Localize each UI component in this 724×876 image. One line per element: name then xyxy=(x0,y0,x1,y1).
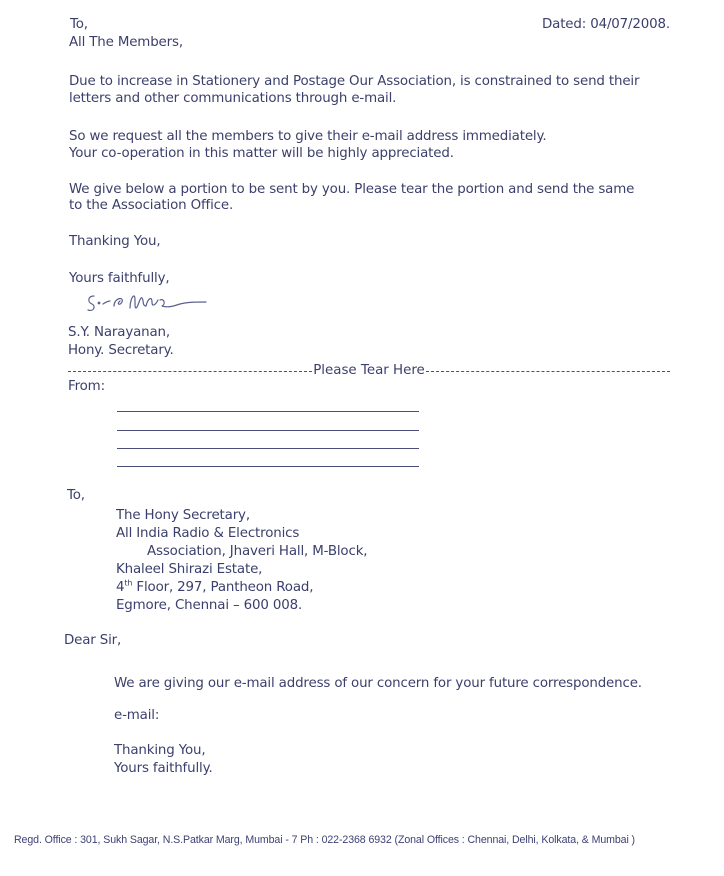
address-line-4: Khaleel Shirazi Estate, xyxy=(116,561,262,578)
tear-label: Please Tear Here xyxy=(312,362,426,379)
letter-date: Dated: 04/07/2008. xyxy=(542,16,670,33)
paragraph-1-line-2: letters and other communications through… xyxy=(69,90,396,107)
address-line-6: Egmore, Chennai – 600 008. xyxy=(116,597,302,614)
signatory-name: S.Y. Narayanan, xyxy=(68,324,170,341)
yours-faithfully: Yours faithfully, xyxy=(69,270,169,287)
paragraph-3-line-1: We give below a portion to be sent by yo… xyxy=(69,181,634,198)
greeting: Dear Sir, xyxy=(64,632,121,649)
signatory-title: Hony. Secretary. xyxy=(68,342,174,359)
address-line-3: Association, Jhaveri Hall, M-Block, xyxy=(147,543,367,560)
email-label: e-mail: xyxy=(114,707,159,724)
salutation-to: To, xyxy=(70,16,88,33)
from-address-line xyxy=(117,466,419,467)
tear-dash-left xyxy=(68,371,312,372)
paragraph-1-line-1: Due to increase in Stationery and Postag… xyxy=(69,73,639,90)
address-line-1: The Hony Secretary, xyxy=(116,507,250,524)
from-address-line xyxy=(117,430,419,431)
paragraph-2-line-1: So we request all the members to give th… xyxy=(69,128,546,145)
reply-thanking: Thanking You, xyxy=(114,742,205,759)
reply-closing: Yours faithfully. xyxy=(114,760,213,777)
signature-icon xyxy=(84,288,214,316)
reply-body: We are giving our e-mail address of our … xyxy=(114,675,642,692)
from-address-line xyxy=(117,411,419,412)
paragraph-2-line-2: Your co-operation in this matter will be… xyxy=(69,145,454,162)
recipient: All The Members, xyxy=(69,34,183,51)
address-line-2: All India Radio & Electronics xyxy=(116,525,299,542)
paragraph-3-line-2: to the Association Office. xyxy=(69,197,233,214)
tear-line: Please Tear Here xyxy=(68,362,670,379)
from-label: From: xyxy=(68,378,105,395)
address-line-5: 4th Floor, 297, Pantheon Road, xyxy=(116,579,313,596)
from-address-line xyxy=(117,448,419,449)
tear-dash-right xyxy=(426,371,670,372)
footer-registered-office: Regd. Office : 301, Sukh Sagar, N.S.Patk… xyxy=(14,834,635,846)
thanking-you: Thanking You, xyxy=(69,233,160,250)
to-label: To, xyxy=(67,487,85,504)
address-line-5-rest: Floor, 297, Pantheon Road, xyxy=(132,580,313,595)
